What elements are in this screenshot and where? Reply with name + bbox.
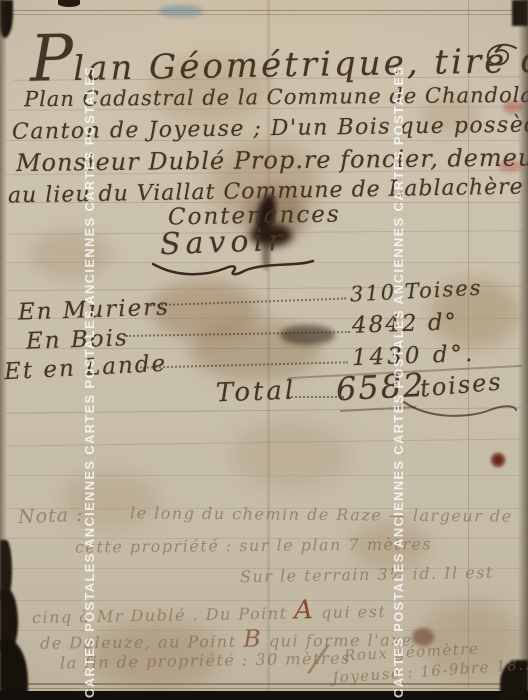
point-a-letter: A: [294, 595, 315, 625]
nota-line-1: le long du chemin de Raze — largeur de: [130, 504, 513, 525]
stain-blob: [30, 230, 110, 280]
nota-point-a-post: qui est: [314, 602, 386, 622]
ruled-line: [4, 688, 524, 689]
edge-left-torn: [0, 590, 18, 650]
title-line-4: Monsieur Dublé Prop.re foncier, demeuran…: [16, 144, 528, 176]
total-label: Total: [216, 377, 297, 408]
edge-top-spot: [58, 0, 80, 7]
dotted-leader: [150, 298, 346, 307]
nota-line-6: la fin de propriété : 30 mètres: [60, 649, 351, 672]
edge-left-torn: [0, 540, 12, 600]
entry-unit: Toises: [404, 276, 483, 304]
edge-top-left: [0, 0, 13, 38]
title-line-2: Plan Cadastral de la Commune de Chandola…: [24, 84, 528, 112]
stain-blob: [230, 420, 350, 490]
entry-label-bois: En Bois: [26, 326, 130, 355]
edge-left-torn: [0, 640, 28, 700]
flourish-swirl-icon: [478, 40, 520, 74]
total-unit: toises: [419, 368, 504, 401]
nota-label: Nota :: [18, 505, 84, 528]
dotted-leader: [126, 331, 350, 337]
entry-unit: d°.: [432, 341, 475, 368]
entry-label-muriers: En Muriers: [18, 295, 171, 326]
nota-line-3: Sur le terrain 3½ id. Il est: [240, 564, 494, 586]
entry-value: 310: [349, 280, 396, 306]
entry-value-bois: 4842 d°: [352, 310, 459, 339]
nota-line-2: cette propriété : sur le plan 7 mètres: [75, 535, 432, 556]
edge-bottom-band: [0, 691, 528, 700]
ink-smudge: [280, 325, 335, 345]
ruled-line: [6, 475, 522, 476]
title-line-3: Canton de Joyeuse ; D'un Bois que possèd…: [12, 113, 528, 145]
entry-label-lande: Et en Lande: [3, 352, 167, 386]
ruled-line: [0, 14, 528, 15]
blue-smudge: [158, 5, 203, 17]
ruled-line: [6, 438, 522, 446]
stain-blob: [190, 320, 320, 380]
ruled-line: [0, 10, 528, 11]
subheading: Savoir: [159, 224, 287, 261]
entry-value: 4842: [352, 311, 419, 339]
manuscript-page: Plan Géométrique, tiré du Plan Cadastral…: [0, 0, 528, 700]
total-flourish-icon: [400, 398, 520, 420]
edge-left-shadow: [0, 0, 7, 700]
nota-point-a-pre: cinq à Mr Dublé . Du Point: [32, 604, 294, 628]
red-dot: [490, 452, 506, 468]
entry-unit: d°: [427, 309, 458, 336]
point-b-letter: B: [243, 625, 262, 653]
savoir-flourish-icon: [148, 258, 318, 278]
dotted-leader: [140, 361, 348, 368]
ruled-line: [4, 683, 524, 685]
nota-point-b-pre: de Deleuze, au Point: [40, 632, 243, 653]
entry-value-muriers: 310 Toises: [349, 277, 483, 307]
